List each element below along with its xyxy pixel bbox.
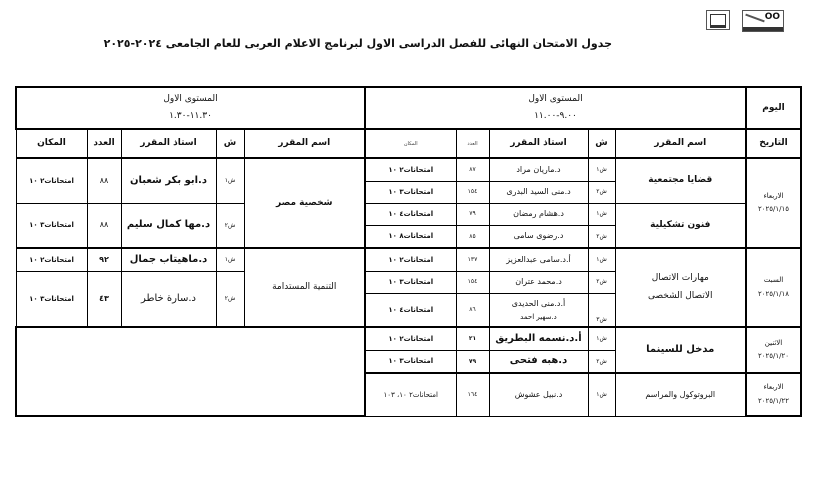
section: ش١ [216,248,244,271]
day-cell: الاربعاء ٢٠٢٥/١/٢٢ [746,373,801,416]
col-course-a: اسم المقرر [615,129,746,158]
day-name: السبت [747,274,800,287]
section: ش١ [216,158,244,203]
section: ش٢ [588,225,615,248]
course-name-line2: الاتصال الشخصى [616,288,746,305]
count: ١٥٤ [456,181,489,203]
place: امتحانات٣ ١٠ [16,271,87,327]
table-row: فنون تشكيلية ش١ د.هشام رمضان ٧٩ امتحانات… [16,203,801,225]
professor: د.سارة خاطر [121,271,216,327]
professor: د.هبه فتحى [489,350,588,373]
day-cell: الاربعاء ٢٠٢٥/١/١٥ [746,158,801,248]
course-name: التنمية المستدامة [244,248,365,327]
day-cell: السبت ٢٠٢٥/١/١٨ [746,248,801,327]
section: ش٣ [588,293,615,327]
day-date: ٢٠٢٥/١/١٨ [747,288,800,301]
count: ٩٢ [87,248,121,271]
count: ٧٩ [456,350,489,373]
col-count-a: العدد [456,129,489,158]
count: ١٥٤ [456,271,489,293]
professor: د.ماريان مراد [489,158,588,181]
day-name: الاثنين [747,337,800,350]
place: امتحانات٢ ١٠ [16,248,87,271]
place: امتحانات٣ ١٠ [365,271,456,293]
professor: د.محمد عتران [489,271,588,293]
place: امتحانات٢ ١٠ [365,158,456,181]
professor-line1: أ.د.منى الحديدى [490,296,588,311]
professor: د.مها كمال سليم [121,203,216,248]
section: ش٢ [216,271,244,327]
place: امتحانات٣ ١٠ [16,203,87,248]
course-name: شخصية مصر [244,158,365,248]
group-b-level: المستوى الاول [17,91,364,108]
section: ش١ [588,203,615,225]
count: ١٦٤ [456,373,489,416]
section: ش٢ [216,203,244,248]
place: امتحانات٢ ١٠، ١٠٣ [365,373,456,416]
professor: أ.د.منى الحديدى د.سهير احمد [489,293,588,327]
page-title: جدول الامتحان النهائى للفصل الدراسى الاو… [0,37,612,50]
professor: د.هشام رمضان [489,203,588,225]
day-name: الاربعاء [747,190,800,203]
course-name: مدخل للسينما [615,327,746,373]
section: ش١ [588,327,615,350]
col-section-b: ش [216,129,244,158]
table-row: السبت ٢٠٢٥/١/١٨ مهارات الاتصال الاتصال ا… [16,248,801,271]
count: ٨٥ [456,225,489,248]
section: ش٢ [588,271,615,293]
group-b-time: ١١.٣٠-١.٣٠ [17,108,364,125]
course-name: قضايا مجتمعية [615,158,746,203]
table-row: الاربعاء ٢٠٢٥/١/١٥ قضايا مجتمعية ش١ د.ما… [16,158,801,181]
count: ٤٣ [87,271,121,327]
course-name-line1: مهارات الاتصال [616,270,746,287]
day-name: الاربعاء [747,381,800,394]
count: ٧٩ [456,203,489,225]
count: ٢١ [456,327,489,350]
place: امتحانات٤ ١٠ [365,293,456,327]
date-header: التاريخ [746,129,801,158]
day-date: ٢٠٢٥/١/٢٠ [747,350,800,363]
course-name: فنون تشكيلية [615,203,746,248]
section: ش١ [588,373,615,416]
count: ٨٨ [87,158,121,203]
count: ٨٨ [87,203,121,248]
col-course-b: اسم المقرر [244,129,365,158]
section: ش٢ [588,350,615,373]
section: ش١ [588,248,615,271]
col-section-a: ش [588,129,615,158]
count: ٨٦ [456,293,489,327]
professor: د.ابو بكر شعبان [121,158,216,203]
count: ٨٧ [456,158,489,181]
col-place-a: المكان [365,129,456,158]
day-cell: الاثنين ٢٠٢٥/١/٢٠ [746,327,801,373]
empty-cell [16,327,365,416]
professor: د.نبيل عشوش [489,373,588,416]
professor: أ.د.نسمه البطريق [489,327,588,350]
professor: د.منى السيد البدرى [489,181,588,203]
table-row: الاثنين ٢٠٢٥/١/٢٠ مدخل للسينما ش١ أ.د.نس… [16,327,801,350]
col-count-b: العدد [87,129,121,158]
professor: د.رضوى سامى [489,225,588,248]
professor: أ.د.سامى عبدالعزيز [489,248,588,271]
exam-schedule-table: اليوم المستوى الاول ٩.٠٠-١١.٠٠ المستوى ا… [15,86,802,417]
course-name: البروتوكول والمراسم [615,373,746,416]
accreditation-logo: OO [742,10,784,32]
place: امتحانات٢ ١٠ [365,327,456,350]
professor: د.ماهيتاب جمال [121,248,216,271]
group-b-header: المستوى الاول ١١.٣٠-١.٣٠ [16,87,365,129]
media-faculty-logo [706,10,730,30]
place: امتحانات٢ ١٠ [16,158,87,203]
day-header: اليوم [746,87,801,129]
group-a-time: ٩.٠٠-١١.٠٠ [366,108,745,125]
professor-line2: د.سهير احمد [490,311,588,324]
place: امتحانات٤ ١٠ [365,203,456,225]
header-logos: OO [706,10,784,32]
place: امتحانات٣ ١٠ [365,350,456,373]
col-place-b: المكان [16,129,87,158]
count: ١٣٧ [456,248,489,271]
group-a-level: المستوى الاول [366,91,745,108]
course-name: مهارات الاتصال الاتصال الشخصى [615,248,746,327]
group-a-header: المستوى الاول ٩.٠٠-١١.٠٠ [365,87,746,129]
place: امتحانات٣ ١٠ [365,181,456,203]
day-date: ٢٠٢٥/١/٢٢ [747,395,800,408]
section: ش١ [588,158,615,181]
section: ش٢ [588,181,615,203]
faculty-crest-icon [706,10,730,30]
place: امتحانات٨ ١٠ [365,225,456,248]
place: امتحانات٢ ١٠ [365,248,456,271]
col-professor-a: استاذ المقرر [489,129,588,158]
day-date: ٢٠٢٥/١/١٥ [747,203,800,216]
col-professor-b: استاذ المقرر [121,129,216,158]
